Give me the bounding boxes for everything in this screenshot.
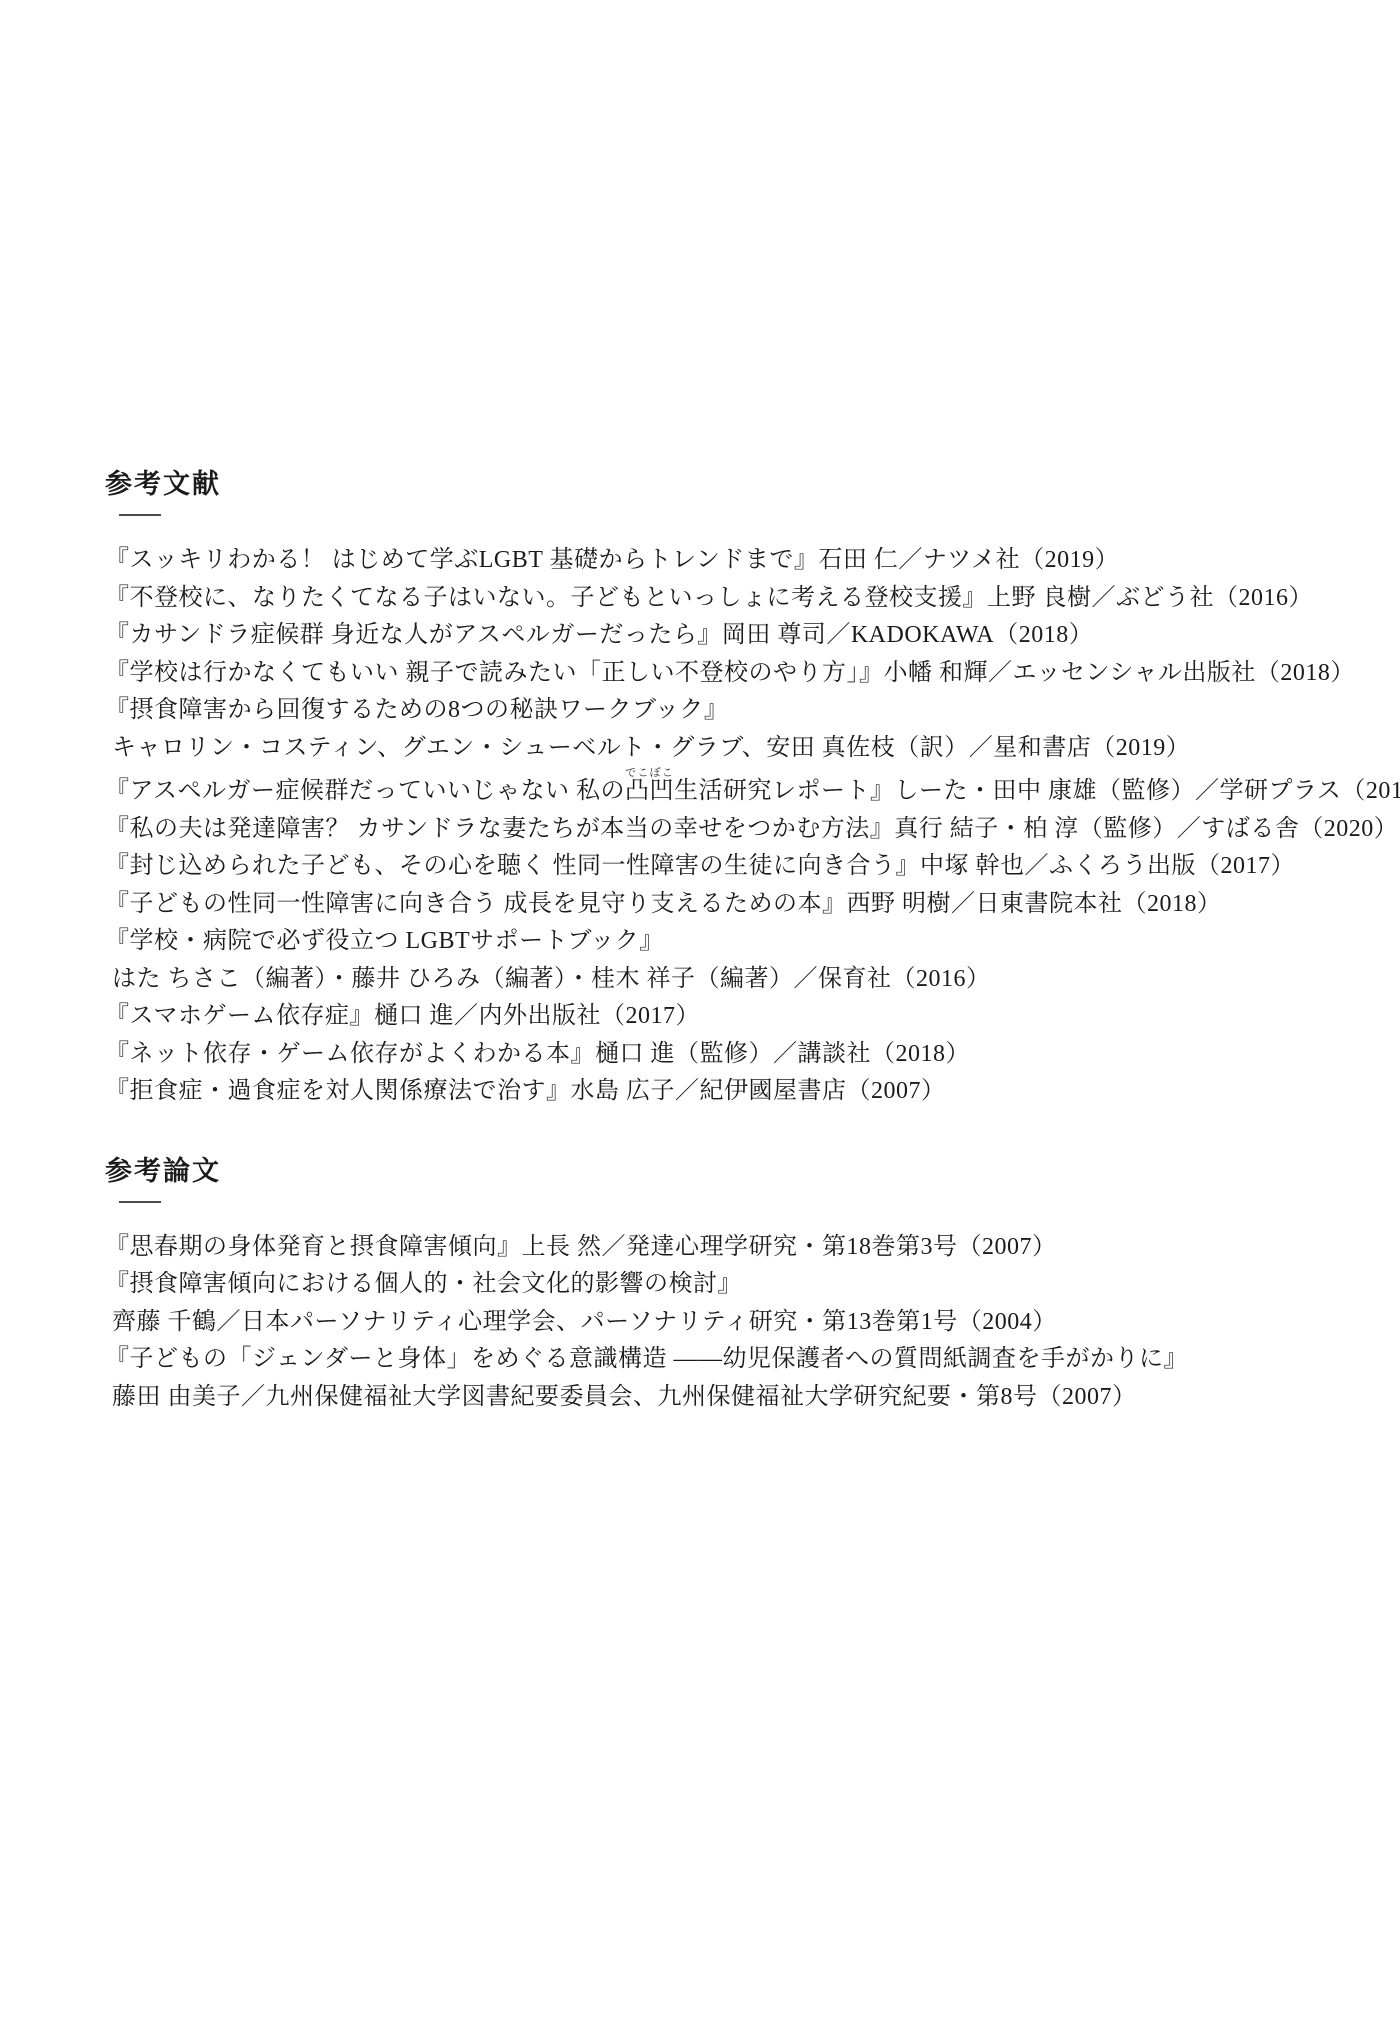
reference-text: 『摂食障害傾向における個人的・社会文化的影響の検討』 bbox=[105, 1271, 742, 1297]
reference-text: 『スマホゲーム依存症』樋口 進／内外出版社（2017） bbox=[105, 1003, 700, 1029]
reference-text: 齊藤 千鶴／日本パーソナリティ心理学会、パーソナリティ研究・第13巻第1号（20… bbox=[112, 1309, 1057, 1335]
reference-entry: 『スッキリわかる！ はじめて学ぶLGBT 基礎からトレンドまで』石田 仁／ナツメ… bbox=[105, 542, 1350, 580]
references-content: 参考文献 『スッキリわかる！ はじめて学ぶLGBT 基礎からトレンドまで』石田 … bbox=[105, 468, 1350, 1416]
reference-text: 藤田 由美子／九州保健福祉大学図書紀要委員会、九州保健福祉大学研究紀要・第8号（… bbox=[112, 1384, 1137, 1410]
ruby-base: 凸凹 bbox=[625, 778, 674, 804]
reference-text: 『摂食障害から回復するための8つの秘訣ワークブック』 bbox=[105, 697, 728, 723]
reference-text: 『学校は行かなくてもいい 親子で読みたい「正しい不登校のやり方」』小幡 和輝／エ… bbox=[105, 660, 1355, 686]
reference-entry: 『カサンドラ症候群 身近な人がアスペルガーだったら』岡田 尊司／KADOKAWA… bbox=[105, 617, 1350, 655]
reference-text: キャロリン・コスティン、グエン・シューベルト・グラブ、安田 真佐枝（訳）／星和書… bbox=[112, 735, 1190, 761]
reference-entry-authors: 齊藤 千鶴／日本パーソナリティ心理学会、パーソナリティ研究・第13巻第1号（20… bbox=[105, 1304, 1350, 1342]
books-reference-list: 『スッキリわかる！ はじめて学ぶLGBT 基礎からトレンドまで』石田 仁／ナツメ… bbox=[105, 542, 1350, 1111]
reference-text-pre: 『アスペルガー症候群だっていいじゃない 私の bbox=[105, 778, 625, 804]
heading-dash bbox=[119, 514, 161, 516]
section-heading-books: 参考文献 bbox=[105, 468, 1350, 500]
reference-text: 『子どもの「ジェンダーと身体」をめぐる意識構造 ――幼児保護者への質問紙調査を手… bbox=[105, 1346, 1188, 1372]
reference-text: 『子どもの性同一性障害に向き合う 成長を見守り支えるための本』西野 明樹／日東書… bbox=[105, 891, 1222, 917]
reference-entry: 『学校・病院で必ず役立つ LGBTサポートブック』 bbox=[105, 923, 1350, 961]
reference-text: 『カサンドラ症候群 身近な人がアスペルガーだったら』岡田 尊司／KADOKAWA… bbox=[105, 622, 1093, 648]
reference-entry: 『思春期の身体発育と摂食障害傾向』上長 然／発達心理学研究・第18巻第3号（20… bbox=[105, 1229, 1350, 1267]
reference-text: 『ネット依存・ゲーム依存がよくわかる本』樋口 進（監修）／講談社（2018） bbox=[105, 1041, 970, 1067]
reference-entry: 『摂食障害傾向における個人的・社会文化的影響の検討』 bbox=[105, 1266, 1350, 1304]
reference-entry: 『子どもの「ジェンダーと身体」をめぐる意識構造 ――幼児保護者への質問紙調査を手… bbox=[105, 1341, 1350, 1379]
reference-entry: 『摂食障害から回復するための8つの秘訣ワークブック』 bbox=[105, 692, 1350, 730]
furigana-ruby: 凸凹でこぼこ bbox=[625, 778, 674, 804]
reference-text: 『不登校に、なりたくてなる子はいない。子どもといっしょに考える登校支援』上野 良… bbox=[105, 585, 1313, 611]
papers-reference-list: 『思春期の身体発育と摂食障害傾向』上長 然／発達心理学研究・第18巻第3号（20… bbox=[105, 1229, 1350, 1417]
reference-text: 『スッキリわかる！ はじめて学ぶLGBT 基礎からトレンドまで』石田 仁／ナツメ… bbox=[105, 547, 1119, 573]
reference-entry: 『私の夫は発達障害？ カサンドラな妻たちが本当の幸せをつかむ方法』真行 結子・柏… bbox=[105, 811, 1350, 849]
reference-entry-authors: はた ちさこ（編著）・藤井 ひろみ（編著）・桂木 祥子（編著）／保育社（2016… bbox=[105, 961, 1350, 999]
reference-entry-authors: キャロリン・コスティン、グエン・シューベルト・グラブ、安田 真佐枝（訳）／星和書… bbox=[105, 730, 1350, 768]
reference-text: はた ちさこ（編著）・藤井 ひろみ（編著）・桂木 祥子（編著）／保育社（2016… bbox=[112, 966, 991, 992]
section-papers: 参考論文 『思春期の身体発育と摂食障害傾向』上長 然／発達心理学研究・第18巻第… bbox=[105, 1155, 1350, 1417]
ruby-annotation: でこぼこ bbox=[625, 767, 674, 779]
book-page: 参考文献 『スッキリわかる！ はじめて学ぶLGBT 基礎からトレンドまで』石田 … bbox=[0, 0, 1400, 2019]
reference-entry: 『不登校に、なりたくてなる子はいない。子どもといっしょに考える登校支援』上野 良… bbox=[105, 580, 1350, 618]
reference-entry: 『封じ込められた子ども、その心を聴く 性同一性障害の生徒に向き合う』中塚 幹也／… bbox=[105, 848, 1350, 886]
section-heading-papers: 参考論文 bbox=[105, 1155, 1350, 1187]
reference-text-post: 生活研究レポート』しーた・田中 康雄（監修）／学研プラス（2010） bbox=[674, 778, 1400, 804]
reference-text: 『封じ込められた子ども、その心を聴く 性同一性障害の生徒に向き合う』中塚 幹也／… bbox=[105, 853, 1295, 879]
heading-dash bbox=[119, 1201, 161, 1203]
reference-entry: 『学校は行かなくてもいい 親子で読みたい「正しい不登校のやり方」』小幡 和輝／エ… bbox=[105, 655, 1350, 693]
reference-entry: 『スマホゲーム依存症』樋口 進／内外出版社（2017） bbox=[105, 998, 1350, 1036]
reference-entry: 『ネット依存・ゲーム依存がよくわかる本』樋口 進（監修）／講談社（2018） bbox=[105, 1036, 1350, 1074]
reference-text: 『学校・病院で必ず役立つ LGBTサポートブック』 bbox=[105, 928, 664, 954]
reference-entry: 『子どもの性同一性障害に向き合う 成長を見守り支えるための本』西野 明樹／日東書… bbox=[105, 886, 1350, 924]
reference-entry-with-ruby: 『アスペルガー症候群だっていいじゃない 私の凸凹でこぼこ生活研究レポート』しーた… bbox=[105, 767, 1350, 811]
reference-text: 『私の夫は発達障害？ カサンドラな妻たちが本当の幸せをつかむ方法』真行 結子・柏… bbox=[105, 816, 1398, 842]
section-books: 参考文献 『スッキリわかる！ はじめて学ぶLGBT 基礎からトレンドまで』石田 … bbox=[105, 468, 1350, 1111]
reference-text: 『思春期の身体発育と摂食障害傾向』上長 然／発達心理学研究・第18巻第3号（20… bbox=[105, 1234, 1057, 1260]
reference-text: 『拒食症・過食症を対人関係療法で治す』水島 広子／紀伊國屋書店（2007） bbox=[105, 1078, 946, 1104]
reference-entry: 『拒食症・過食症を対人関係療法で治す』水島 広子／紀伊國屋書店（2007） bbox=[105, 1073, 1350, 1111]
reference-entry-authors: 藤田 由美子／九州保健福祉大学図書紀要委員会、九州保健福祉大学研究紀要・第8号（… bbox=[105, 1379, 1350, 1417]
